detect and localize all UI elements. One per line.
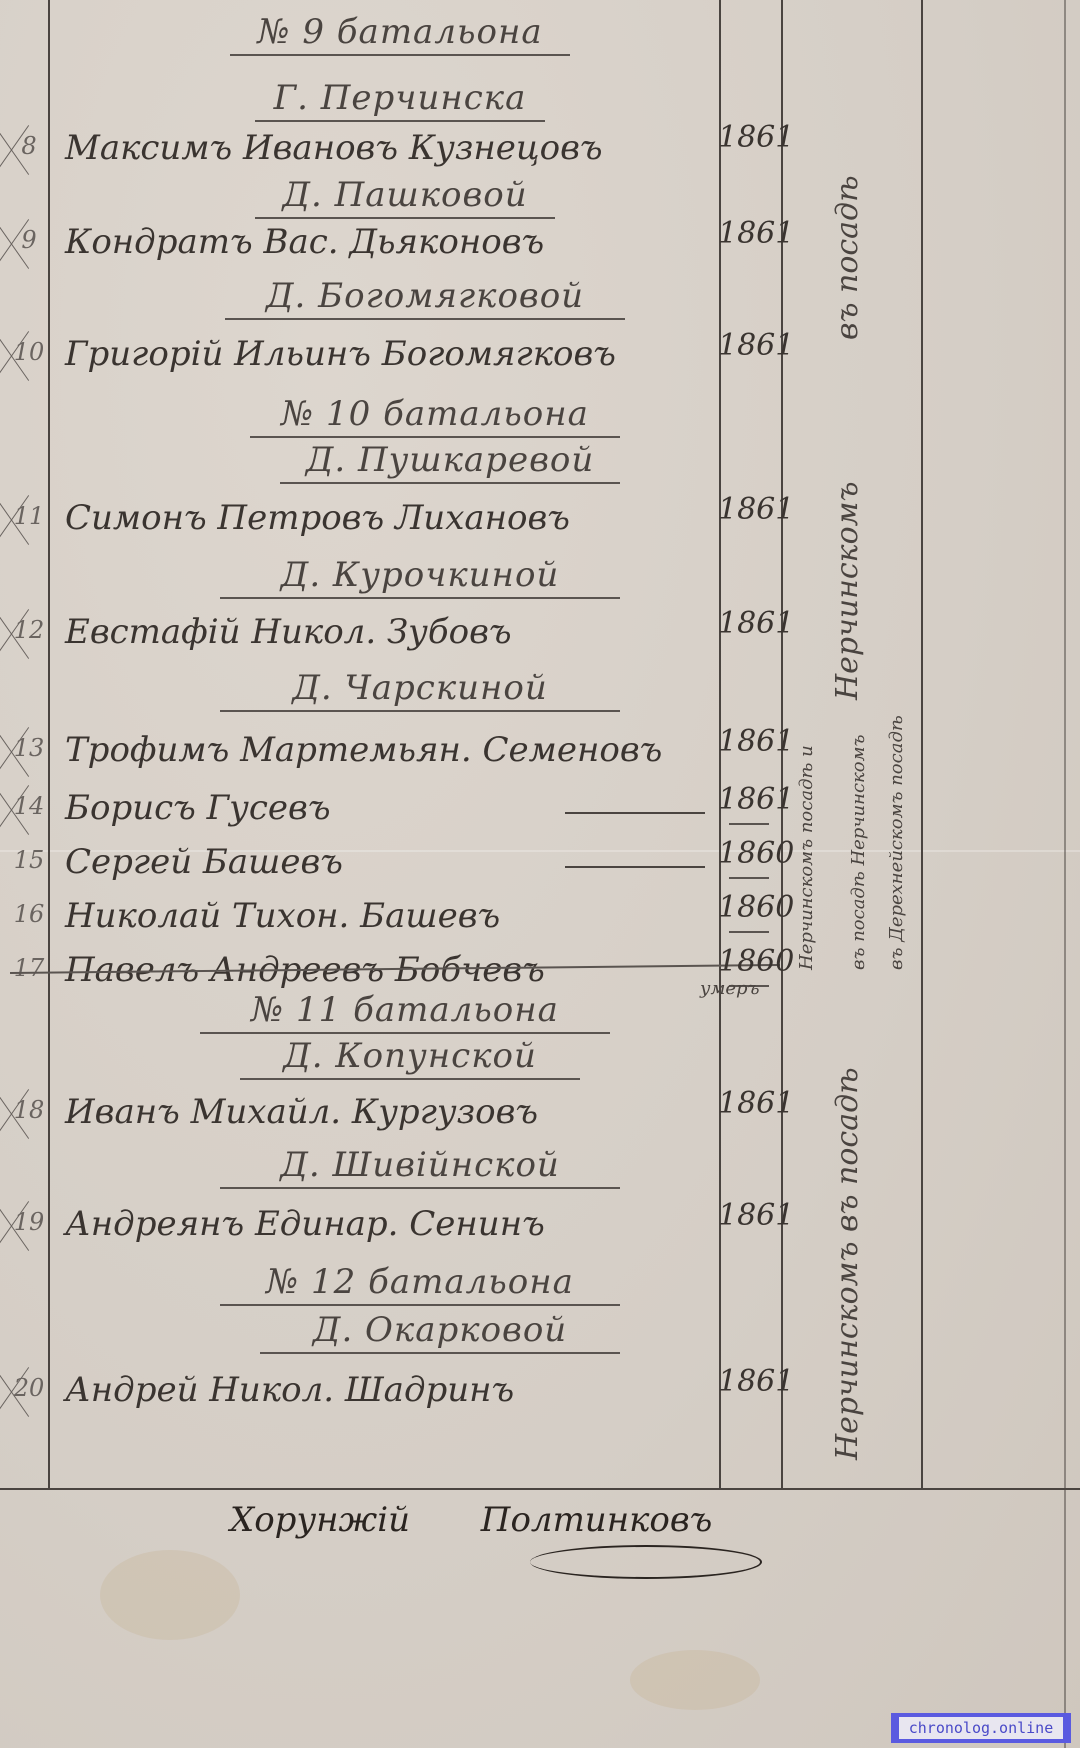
entry-number: 11 bbox=[7, 502, 51, 530]
village-header: Г. Перчинска bbox=[255, 78, 545, 122]
signature-surname: Полтинковъ bbox=[481, 1500, 713, 1540]
watermark-text: chronolog.online bbox=[899, 1717, 1064, 1739]
entry-number: 13 bbox=[7, 734, 51, 762]
village-header: Д. Пашковой bbox=[255, 175, 555, 219]
battalion-header-10: № 10 батальона bbox=[250, 394, 620, 438]
village-header: Д. Копунской bbox=[240, 1036, 580, 1080]
battalion-header-9: № 9 батальона bbox=[230, 12, 570, 56]
paper-stain bbox=[100, 1550, 240, 1640]
signature-flourish bbox=[530, 1545, 762, 1579]
entry-name: Сергей Башевъ bbox=[65, 842, 343, 882]
margin-note-vertical: въ посадѣ Нерчинскомъ bbox=[848, 740, 869, 970]
entry-year: 1861 bbox=[718, 606, 780, 641]
battalion-header-11: № 11 батальона bbox=[200, 990, 610, 1034]
struck-note: умеръ bbox=[700, 978, 760, 999]
margin-note-vertical: Нерчинскомъ bbox=[830, 380, 865, 700]
entry-number: 14 bbox=[7, 792, 51, 820]
village-header: Д. Чарскиной bbox=[220, 668, 620, 712]
entry-number: 19 bbox=[7, 1208, 51, 1236]
entry-name: Евстафій Никол. Зубовъ bbox=[65, 612, 512, 652]
entry-number: 10 bbox=[7, 338, 51, 366]
village-header: Д. Пушкаревой bbox=[280, 440, 620, 484]
village-header: Д. Шивійнской bbox=[220, 1145, 620, 1189]
entry-number: 12 bbox=[7, 616, 51, 644]
village-header: Д. Богомягковой bbox=[225, 276, 625, 320]
entry-year: 1861 bbox=[718, 1086, 780, 1121]
entry-year: 1860 bbox=[718, 890, 780, 933]
paper-stain bbox=[630, 1650, 760, 1710]
entry-year: 1861 bbox=[718, 120, 780, 155]
signature: Хорунжій Полтинковъ bbox=[230, 1500, 772, 1540]
margin-note-vertical: въ посадѣ bbox=[830, 20, 865, 340]
entry-year: 1861 bbox=[718, 492, 780, 527]
page-edge bbox=[1064, 0, 1066, 1748]
ditto-dash bbox=[565, 866, 705, 868]
entry-name: Андрей Никол. Шадринъ bbox=[65, 1370, 514, 1410]
margin-note-vertical: Нерчинскомъ въ посадѣ bbox=[830, 1000, 865, 1460]
column-rule-notes-right bbox=[921, 0, 923, 1490]
margin-note-vertical: въ Дерехнейскомъ посадѣ bbox=[886, 740, 907, 970]
entry-number: 8 bbox=[7, 132, 51, 160]
table-bottom-rule bbox=[0, 1488, 1080, 1490]
entry-name: Симонъ Петровъ Лихановъ bbox=[65, 498, 570, 538]
entry-year: 1861 bbox=[718, 1198, 780, 1233]
entry-year: 1861 bbox=[718, 782, 780, 825]
entry-year: 1861 bbox=[718, 328, 780, 363]
entry-name: Григорій Ильинъ Богомягковъ bbox=[65, 334, 616, 374]
entry-year: 1861 bbox=[718, 216, 780, 251]
entry-number: 17 bbox=[7, 954, 51, 982]
village-header: Д. Курочкиной bbox=[220, 555, 620, 599]
entry-name: Иванъ Михайл. Кургузовъ bbox=[65, 1092, 538, 1132]
entry-number: 16 bbox=[7, 900, 51, 928]
village-header: Д. Окарковой bbox=[260, 1310, 620, 1354]
entry-name: Трофимъ Мартемьян. Семеновъ bbox=[65, 730, 662, 770]
entry-year: 1860 bbox=[718, 836, 780, 879]
entry-year: 1861 bbox=[718, 724, 780, 759]
watermark-badge: chronolog.online bbox=[891, 1713, 1071, 1743]
entry-number: 9 bbox=[7, 226, 51, 254]
entry-number: 20 bbox=[7, 1374, 51, 1402]
ditto-dash bbox=[565, 812, 705, 814]
entry-year: 1861 bbox=[718, 1364, 780, 1399]
entry-number: 15 bbox=[7, 846, 51, 874]
entry-name: Максимъ Ивановъ Кузнецовъ bbox=[65, 128, 603, 168]
entry-name: Борисъ Гусевъ bbox=[65, 788, 330, 828]
signature-rank: Хорунжій bbox=[230, 1500, 410, 1540]
margin-note-vertical: Нерчинскомъ посадѣ и bbox=[796, 770, 817, 970]
entry-name: Кондратъ Вас. Дьяконовъ bbox=[65, 222, 544, 262]
entry-number: 18 bbox=[7, 1096, 51, 1124]
battalion-header-12: № 12 батальона bbox=[220, 1262, 620, 1306]
entry-name: Андреянъ Единар. Сенинъ bbox=[65, 1204, 545, 1244]
entry-name: Николай Тихон. Башевъ bbox=[65, 896, 500, 936]
